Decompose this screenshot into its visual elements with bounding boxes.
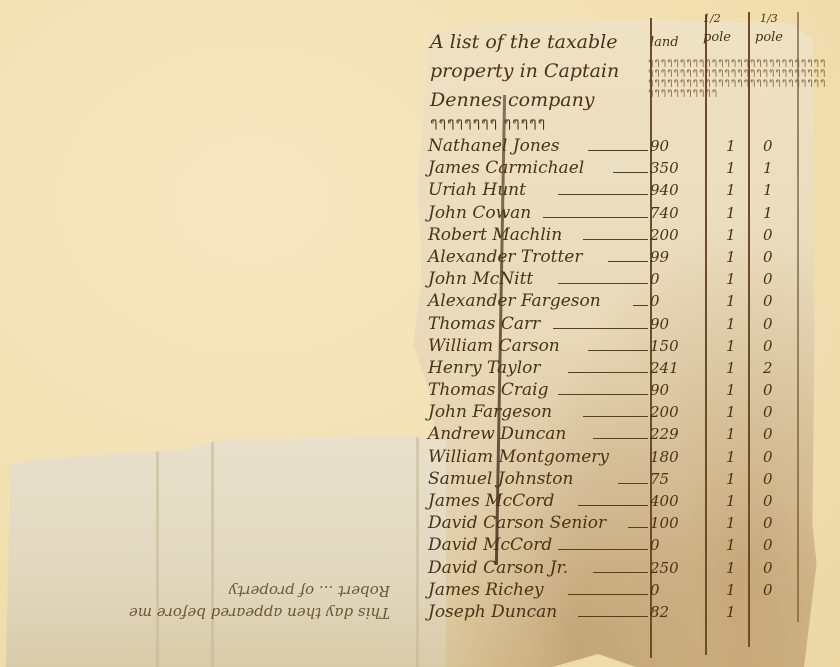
entry-poll2: 0 bbox=[763, 403, 773, 421]
entry-land: 229 bbox=[650, 425, 679, 443]
entry-poll1: 1 bbox=[726, 448, 736, 466]
entry-name: James Richey bbox=[428, 580, 544, 600]
entry-poll2: 0 bbox=[763, 492, 773, 510]
entry-poll1: 1 bbox=[726, 204, 736, 222]
entries-list: Nathanel Jones9010 James Carmichael35011… bbox=[428, 136, 828, 624]
leader-line bbox=[613, 172, 648, 173]
leader-line bbox=[543, 217, 648, 218]
leader-line bbox=[628, 527, 648, 528]
entry-poll2: 0 bbox=[763, 137, 773, 155]
entry-poll1: 1 bbox=[726, 425, 736, 443]
entry-poll1: 1 bbox=[726, 603, 736, 621]
entry-poll2: 0 bbox=[763, 514, 773, 532]
leader-line bbox=[593, 572, 648, 573]
entry-poll2: 0 bbox=[763, 559, 773, 577]
inverted-note: This day then appeared before me Robert … bbox=[20, 580, 390, 624]
table-row: Uriah Hunt94011 bbox=[428, 180, 828, 202]
entry-poll1: 1 bbox=[726, 226, 736, 244]
table-row: David Carson Jr.25010 bbox=[428, 558, 828, 580]
leader-line bbox=[558, 394, 648, 395]
entry-land: 400 bbox=[650, 492, 679, 510]
leader-line bbox=[558, 283, 648, 284]
inverted-note-line-2: Robert ... of property bbox=[20, 580, 390, 602]
table-row: Thomas Carr9010 bbox=[428, 314, 828, 336]
entry-name: Robert Machlin bbox=[428, 225, 562, 245]
entry-name: William Montgomery bbox=[428, 447, 609, 467]
entry-poll1: 1 bbox=[726, 381, 736, 399]
entry-poll2: 0 bbox=[763, 536, 773, 554]
fold-line bbox=[211, 436, 214, 667]
entry-poll1: 1 bbox=[726, 159, 736, 177]
entry-name: James Carmichael bbox=[428, 158, 584, 178]
entry-land: 75 bbox=[650, 470, 669, 488]
entry-poll2: 0 bbox=[763, 337, 773, 355]
entry-poll1: 1 bbox=[726, 559, 736, 577]
leader-line bbox=[633, 305, 648, 306]
table-row: Alexander Trotter9910 bbox=[428, 247, 828, 269]
entry-poll1: 1 bbox=[726, 403, 736, 421]
leader-line bbox=[578, 616, 648, 617]
leader-line bbox=[558, 194, 648, 195]
entry-name: David Carson Senior bbox=[428, 513, 606, 533]
column-header-poll2: pole bbox=[755, 30, 783, 45]
entry-poll2: 1 bbox=[763, 159, 773, 177]
leader-line bbox=[618, 483, 648, 484]
entry-poll2: 0 bbox=[763, 448, 773, 466]
table-row: David McCord010 bbox=[428, 535, 828, 557]
entry-land: 90 bbox=[650, 315, 669, 333]
entry-name: Samuel Johnston bbox=[428, 469, 573, 489]
entry-poll2: 0 bbox=[763, 470, 773, 488]
title-line-2: property in Captain bbox=[430, 57, 660, 86]
table-row: Samuel Johnston7510 bbox=[428, 469, 828, 491]
leader-line bbox=[608, 261, 648, 262]
table-row: Robert Machlin20010 bbox=[428, 225, 828, 247]
table-row: Thomas Craig9010 bbox=[428, 380, 828, 402]
entry-poll1: 1 bbox=[726, 492, 736, 510]
table-row: Nathanel Jones9010 bbox=[428, 136, 828, 158]
entry-land: 0 bbox=[650, 581, 660, 599]
entry-poll1: 1 bbox=[726, 337, 736, 355]
table-row: James Richey010 bbox=[428, 580, 828, 602]
entry-land: 0 bbox=[650, 536, 660, 554]
entry-name: Alexander Trotter bbox=[428, 247, 582, 267]
table-row: Joseph Duncan821 bbox=[428, 602, 828, 624]
entry-poll2: 0 bbox=[763, 381, 773, 399]
entry-name: Thomas Carr bbox=[428, 314, 540, 334]
entry-name: William Carson bbox=[428, 336, 560, 356]
entry-poll2: 0 bbox=[763, 248, 773, 266]
entry-poll2: 0 bbox=[763, 270, 773, 288]
entry-land: 90 bbox=[650, 137, 669, 155]
column-header-poll1-fraction: 1/2 bbox=[703, 12, 721, 25]
leader-line bbox=[583, 416, 648, 417]
table-row: John Fargeson20010 bbox=[428, 402, 828, 424]
table-row: David Carson Senior10010 bbox=[428, 513, 828, 535]
entry-poll1: 1 bbox=[726, 514, 736, 532]
title-line-1: A list of the taxable bbox=[430, 28, 660, 57]
entry-name: Joseph Duncan bbox=[428, 602, 557, 622]
entry-land: 200 bbox=[650, 403, 679, 421]
entry-poll1: 1 bbox=[726, 359, 736, 377]
table-row: Henry Taylor24112 bbox=[428, 358, 828, 380]
entry-land: 740 bbox=[650, 204, 679, 222]
table-row: James Carmichael35011 bbox=[428, 158, 828, 180]
entry-name: Henry Taylor bbox=[428, 358, 541, 378]
entry-poll2: 1 bbox=[763, 204, 773, 222]
leader-line bbox=[578, 505, 648, 506]
leader-line bbox=[588, 150, 648, 151]
entry-land: 241 bbox=[650, 359, 679, 377]
table-row: William Montgomery18010 bbox=[428, 447, 828, 469]
table-row: John Cowan74011 bbox=[428, 203, 828, 225]
entry-poll1: 1 bbox=[726, 315, 736, 333]
leader-line bbox=[588, 350, 648, 351]
entry-poll1: 1 bbox=[726, 581, 736, 599]
divider-marks: ๆๆๆๆๆๆๆๆ ๆๆๆๆๆ bbox=[430, 112, 546, 134]
entry-poll1: 1 bbox=[726, 470, 736, 488]
entry-land: 250 bbox=[650, 559, 679, 577]
entry-poll2: 0 bbox=[763, 226, 773, 244]
entry-poll2: 0 bbox=[763, 315, 773, 333]
fold-line bbox=[416, 436, 419, 667]
entry-poll1: 1 bbox=[726, 292, 736, 310]
torn-fragment bbox=[6, 436, 446, 667]
entry-poll1: 1 bbox=[726, 181, 736, 199]
table-row: William Carson15010 bbox=[428, 336, 828, 358]
document-title: A list of the taxable property in Captai… bbox=[430, 28, 660, 115]
entry-land: 99 bbox=[650, 248, 669, 266]
table-row: Andrew Duncan22910 bbox=[428, 424, 828, 446]
entry-name: James McCord bbox=[428, 491, 554, 511]
entry-poll2: 0 bbox=[763, 425, 773, 443]
entry-land: 940 bbox=[650, 181, 679, 199]
leader-line bbox=[568, 372, 648, 373]
column-header-poll2-fraction: 1/3 bbox=[760, 12, 778, 25]
entry-poll2: 1 bbox=[763, 181, 773, 199]
leader-line bbox=[558, 549, 648, 550]
entry-name: John McNitt bbox=[428, 269, 533, 289]
table-row: John McNitt010 bbox=[428, 269, 828, 291]
entry-land: 180 bbox=[650, 448, 679, 466]
entry-land: 0 bbox=[650, 270, 660, 288]
entry-name: Andrew Duncan bbox=[428, 424, 566, 444]
table-row: Alexander Fargeson010 bbox=[428, 291, 828, 313]
header-grid-marks: ๆๆๆๆๆๆๆๆๆๆๆๆๆๆๆๆๆๆๆๆๆๆๆๆๆๆๆๆๆๆๆๆๆๆๆๆๆๆๆๆ… bbox=[648, 58, 828, 130]
entry-land: 350 bbox=[650, 159, 679, 177]
entry-land: 82 bbox=[650, 603, 669, 621]
entry-name: David McCord bbox=[428, 535, 552, 555]
entry-poll1: 1 bbox=[726, 248, 736, 266]
leader-line bbox=[593, 438, 648, 439]
entry-name: Uriah Hunt bbox=[428, 180, 526, 200]
entry-poll1: 1 bbox=[726, 536, 736, 554]
entry-land: 150 bbox=[650, 337, 679, 355]
entry-name: John Cowan bbox=[428, 203, 531, 223]
entry-poll1: 1 bbox=[726, 137, 736, 155]
entry-name: Nathanel Jones bbox=[428, 136, 560, 156]
leader-line bbox=[568, 594, 648, 595]
leader-line bbox=[583, 239, 648, 240]
entry-land: 200 bbox=[650, 226, 679, 244]
entry-land: 100 bbox=[650, 514, 679, 532]
entry-name: Thomas Craig bbox=[428, 380, 549, 400]
entry-land: 0 bbox=[650, 292, 660, 310]
title-line-3: Dennes company bbox=[430, 86, 660, 115]
inverted-note-line-1: This day then appeared before me bbox=[20, 602, 390, 624]
entry-poll2: 0 bbox=[763, 292, 773, 310]
column-header-poll1: pole bbox=[703, 30, 731, 45]
entry-poll1: 1 bbox=[726, 270, 736, 288]
entry-name: Alexander Fargeson bbox=[428, 291, 601, 311]
table-row: James McCord40010 bbox=[428, 491, 828, 513]
column-header-land: land bbox=[650, 35, 679, 50]
entry-name: David Carson Jr. bbox=[428, 558, 568, 578]
fold-line bbox=[156, 436, 159, 667]
leader-line bbox=[553, 328, 648, 329]
entry-poll2: 0 bbox=[763, 581, 773, 599]
entry-name: John Fargeson bbox=[428, 402, 552, 422]
entry-land: 90 bbox=[650, 381, 669, 399]
entry-poll2: 2 bbox=[763, 359, 773, 377]
